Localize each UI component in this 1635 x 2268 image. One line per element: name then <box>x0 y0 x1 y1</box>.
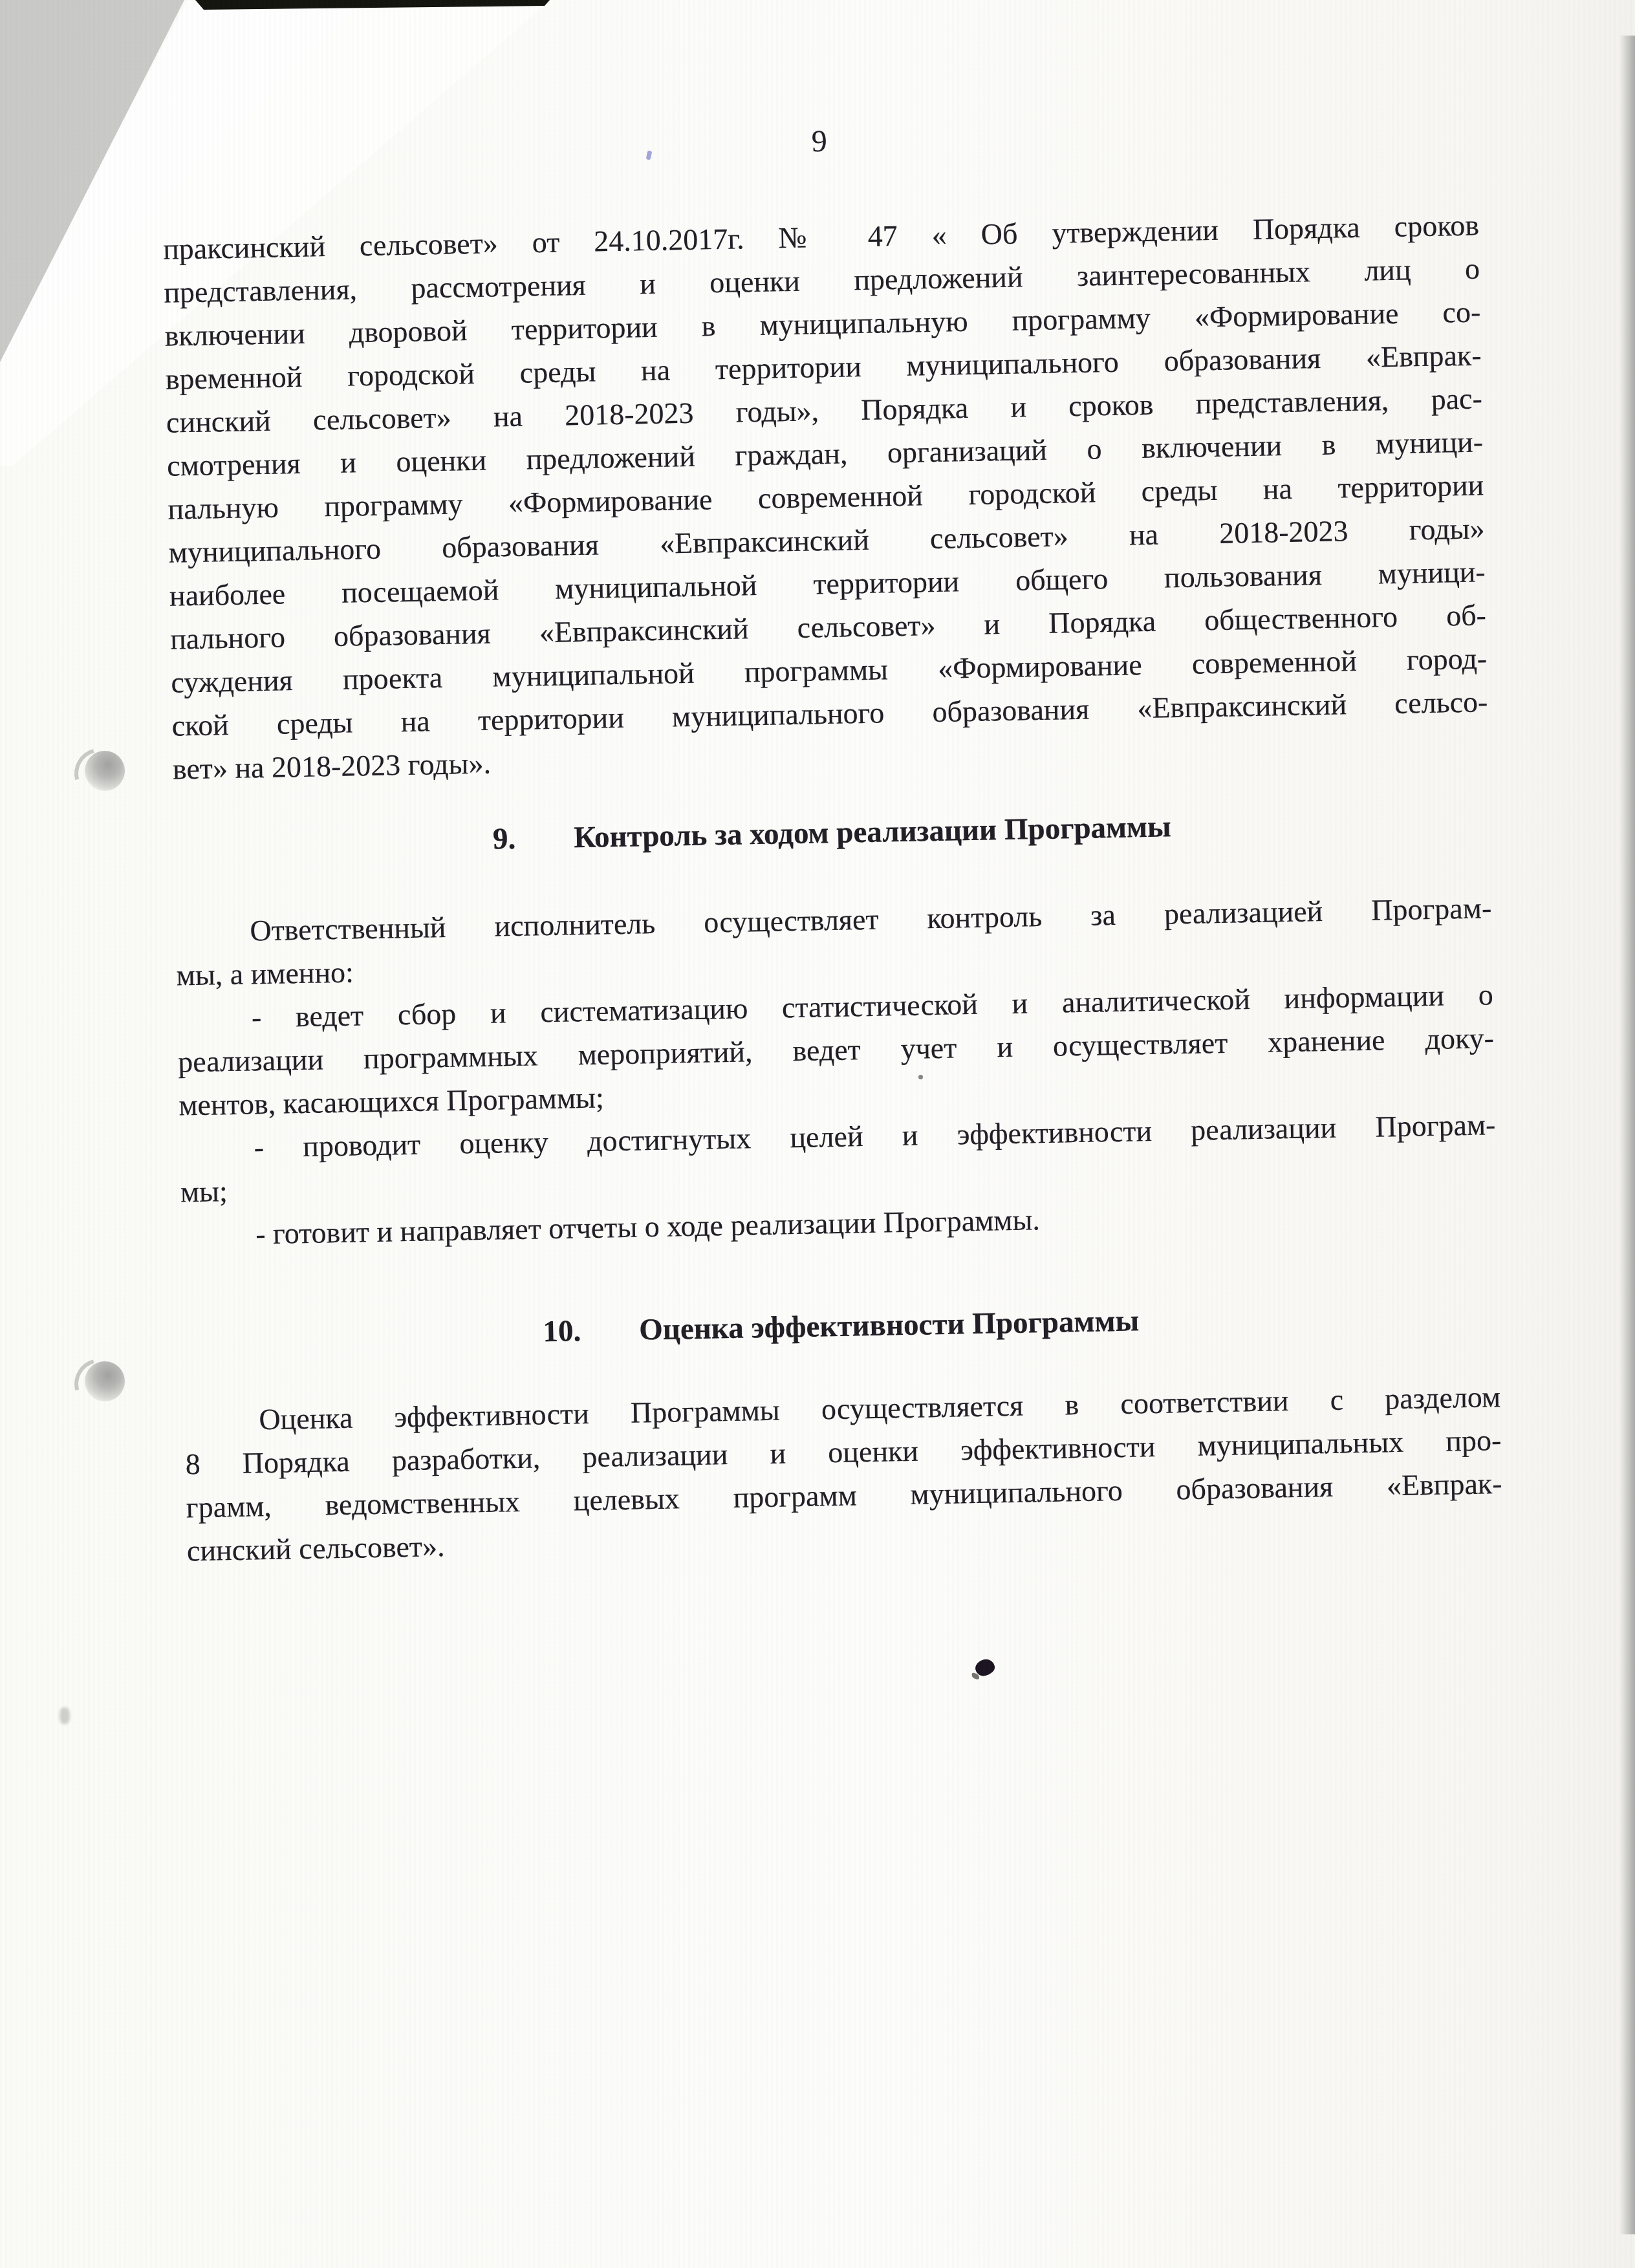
document-text: 9 праксинский сельсовет» от 24.10.2017г.… <box>161 108 1503 1573</box>
scanner-top-edge <box>0 0 1635 10</box>
paragraph-assessment: Оценка эффективности Программы осуществл… <box>184 1375 1504 1572</box>
punch-hole-mark-top <box>85 751 125 791</box>
gray-smudge-mark <box>60 1707 70 1724</box>
section-10-heading: 10.Оценка эффективности Программы <box>182 1293 1499 1360</box>
section-9-title: Контроль за ходом реализации Программы <box>574 810 1172 854</box>
section-9-heading: 9.Контроль за ходом реализации Программы <box>173 799 1490 867</box>
section-10-number: 10. <box>543 1314 581 1348</box>
right-edge-shadow <box>1619 36 1635 2234</box>
ink-blob-mark <box>974 1658 997 1678</box>
paragraph-data-collection: - ведет сбор и систематизацию статистиче… <box>177 973 1495 1127</box>
section-9-number: 9. <box>492 822 515 856</box>
intro-paragraph: праксинский сельсовет» от 24.10.2017г. №… <box>163 203 1489 790</box>
scan-page: 9 праксинский сельсовет» от 24.10.2017г.… <box>0 0 1635 2268</box>
punch-hole-mark-bottom <box>85 1361 125 1401</box>
section-10-title: Оценка эффективности Программы <box>639 1304 1140 1346</box>
